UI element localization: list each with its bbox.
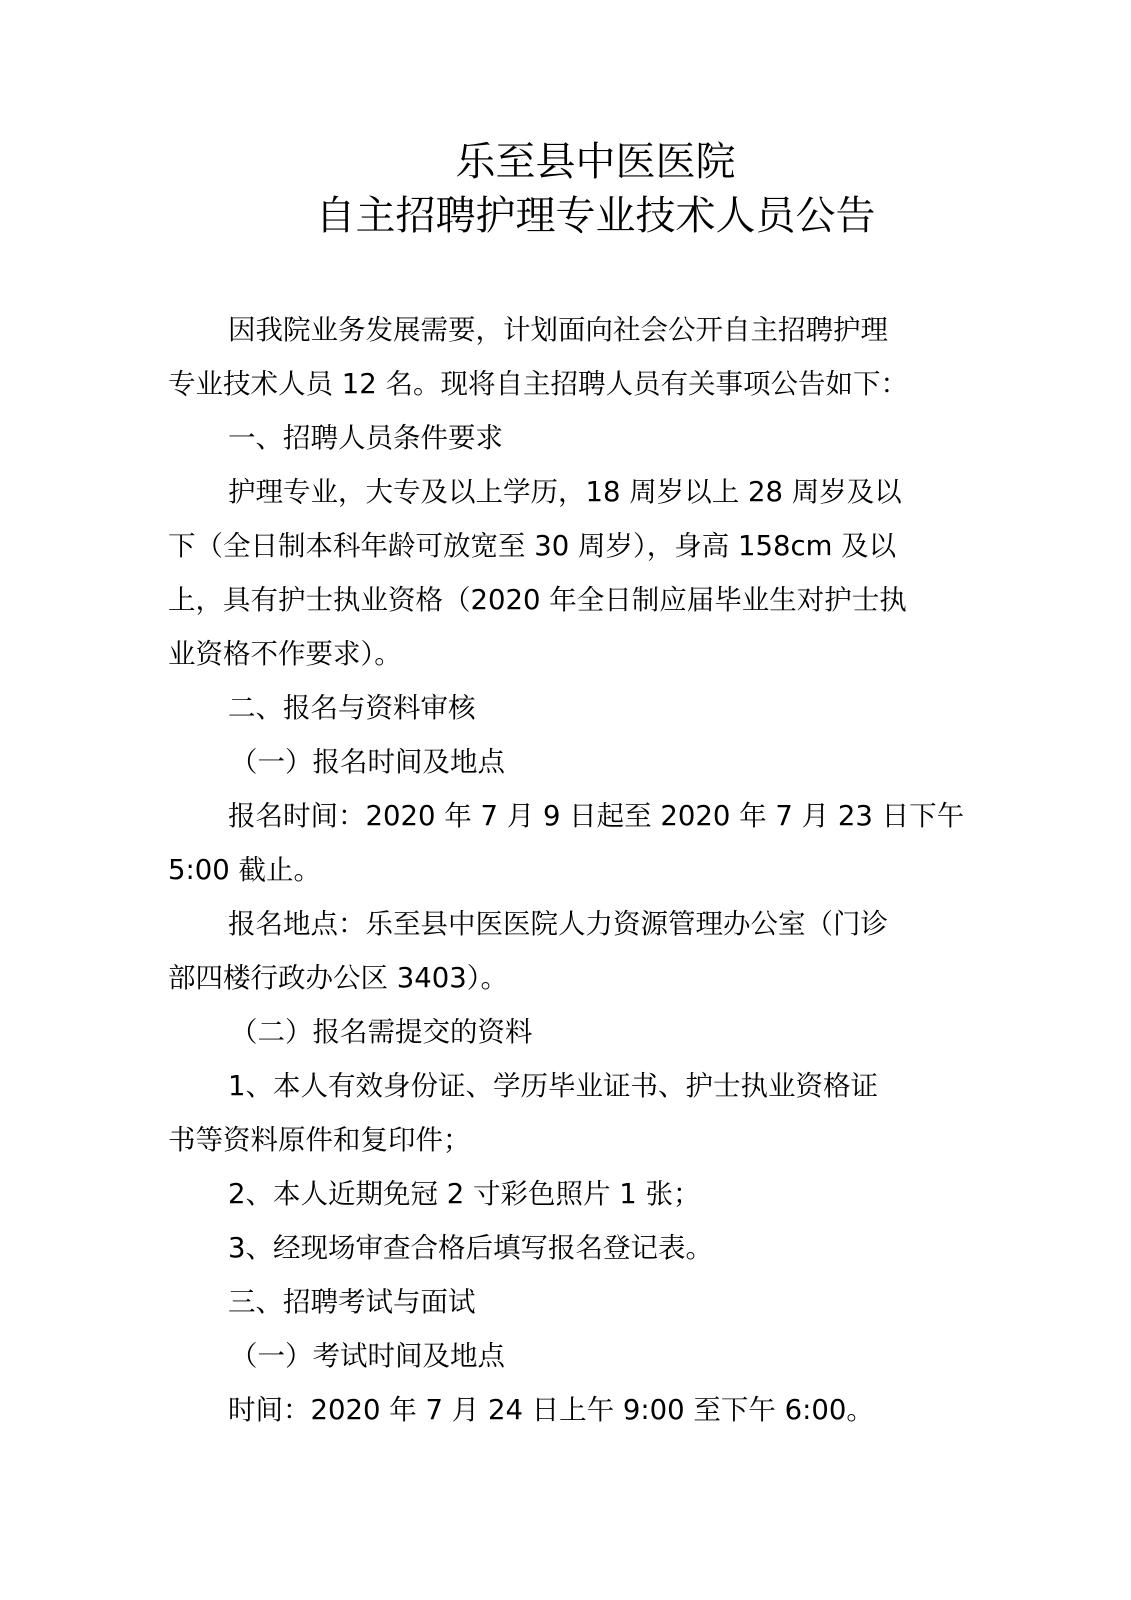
document-title-line-2: 自主招聘护理专业技术人员公告 — [0, 190, 1131, 242]
section-1-heading: 一、招聘人员条件要求 — [228, 418, 503, 458]
registration-time-line-2: 5:00 截止。 — [168, 850, 321, 890]
section-2-1-heading: （一）报名时间及地点 — [230, 742, 505, 782]
intro-paragraph-line-2: 专业技术人员 12 名。现将自主招聘人员有关事项公告如下： — [168, 364, 908, 404]
materials-item-3: 3、经现场审查合格后填写报名登记表。 — [228, 1228, 713, 1268]
registration-time-line-1: 报名时间：2020 年 7 月 9 日起至 2020 年 7 月 23 日下午 — [228, 796, 964, 836]
materials-item-2: 2、本人近期免冠 2 寸彩色照片 1 张； — [228, 1174, 700, 1214]
exam-time-line: 时间：2020 年 7 月 24 日上午 9:00 至下午 6:00。 — [228, 1390, 874, 1430]
requirements-line-4: 业资格不作要求）。 — [168, 634, 402, 674]
section-3-heading: 三、招聘考试与面试 — [228, 1282, 476, 1322]
requirements-line-3: 上，具有护士执业资格（2020 年全日制应届毕业生对护士执 — [168, 580, 907, 620]
document-page: 乐至县中医医院 自主招聘护理专业技术人员公告 因我院业务发展需要，计划面向社会公… — [0, 0, 1131, 1600]
requirements-line-1: 护理专业，大专及以上学历，18 周岁以上 28 周岁及以 — [228, 472, 902, 512]
registration-place-line-2: 部四楼行政办公区 3403）。 — [168, 958, 508, 998]
registration-place-line-1: 报名地点：乐至县中医医院人力资源管理办公室（门诊 — [228, 904, 888, 944]
section-2-2-heading: （二）报名需提交的资料 — [230, 1012, 533, 1052]
requirements-line-2: 下（全日制本科年龄可放宽至 30 周岁），身高 158cm 及以 — [168, 526, 896, 566]
section-2-heading: 二、报名与资料审核 — [228, 688, 476, 728]
materials-item-1-line-1: 1、本人有效身份证、学历毕业证书、护士执业资格证 — [228, 1066, 878, 1106]
document-title-line-1: 乐至县中医医院 — [0, 136, 1131, 188]
section-3-1-heading: （一）考试时间及地点 — [230, 1336, 505, 1376]
materials-item-1-line-2: 书等资料原件和复印件； — [168, 1120, 471, 1160]
intro-paragraph-line-1: 因我院业务发展需要，计划面向社会公开自主招聘护理 — [228, 310, 888, 350]
